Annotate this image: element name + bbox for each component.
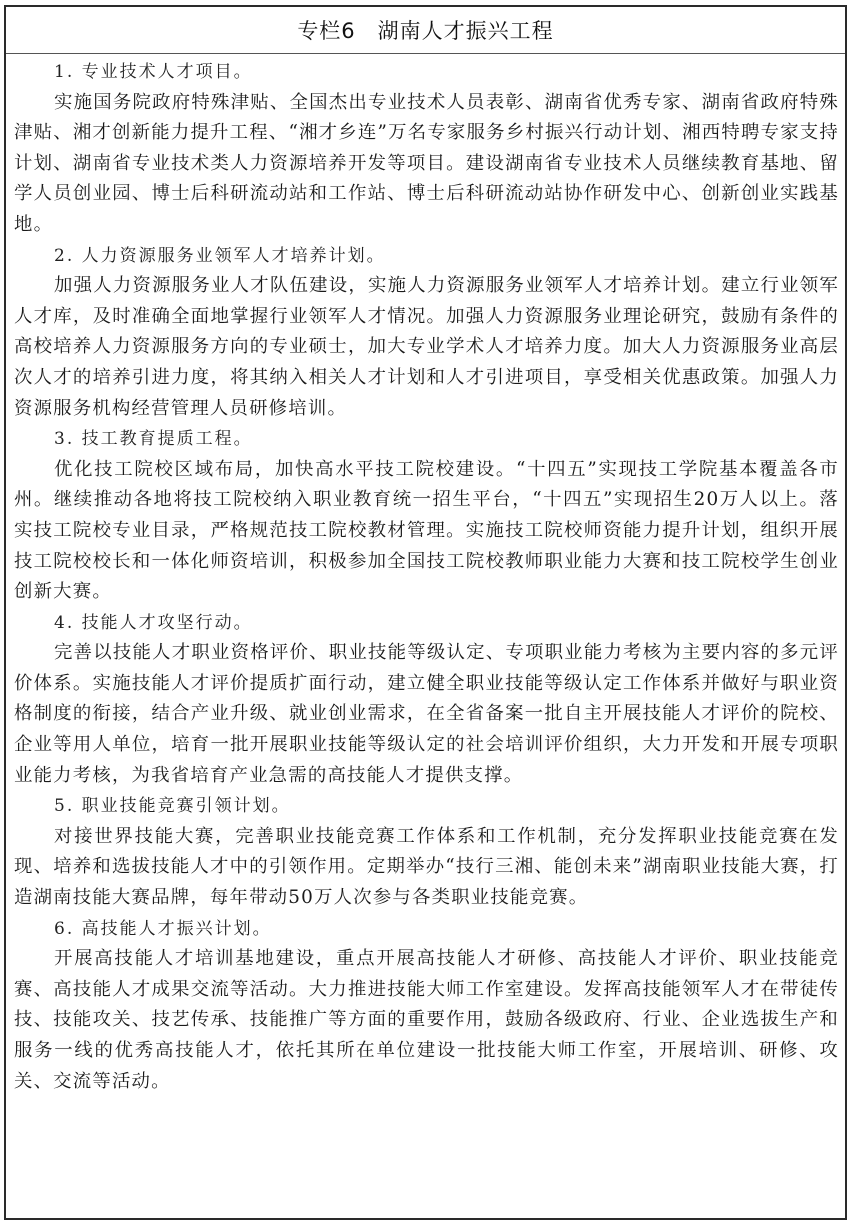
section-paragraph: 完善以技能人才职业资格评价、职业技能等级认定、专项职业能力考核为主要内容的多元评… xyxy=(14,638,839,791)
section-paragraph: 实施国务院政府特殊津贴、全国杰出专业技术人员表彰、湖南省优秀专家、湖南省政府特殊… xyxy=(14,88,839,241)
section-heading: 6. 高技能人才振兴计划。 xyxy=(14,914,839,945)
section-heading: 4. 技能人才攻坚行动。 xyxy=(14,608,839,639)
column-box: 专栏6 湖南人才振兴工程 1. 专业技术人才项目。 实施国务院政府特殊津贴、全国… xyxy=(4,5,847,1220)
section-paragraph: 对接世界技能大赛，完善职业技能竞赛工作体系和工作机制，充分发挥职业技能竞赛在发现… xyxy=(14,822,839,914)
section-technical-education: 3. 技工教育提质工程。 优化技工院校区域布局，加快高水平技工院校建设。“十四五… xyxy=(14,424,839,608)
section-heading: 2. 人力资源服务业领军人才培养计划。 xyxy=(14,241,839,272)
section-skills-competition: 5. 职业技能竞赛引领计划。 对接世界技能大赛，完善职业技能竞赛工作体系和工作机… xyxy=(14,791,839,913)
section-professional-talent: 1. 专业技术人才项目。 实施国务院政府特殊津贴、全国杰出专业技术人员表彰、湖南… xyxy=(14,57,839,241)
box-body: 1. 专业技术人才项目。 实施国务院政府特殊津贴、全国杰出专业技术人员表彰、湖南… xyxy=(6,54,845,1097)
section-skilled-talent-action: 4. 技能人才攻坚行动。 完善以技能人才职业资格评价、职业技能等级认定、专项职业… xyxy=(14,608,839,792)
box-title: 专栏6 湖南人才振兴工程 xyxy=(297,15,553,45)
section-paragraph: 开展高技能人才培训基地建设，重点开展高技能人才研修、高技能人才评价、职业技能竞赛… xyxy=(14,944,839,1097)
section-heading: 5. 职业技能竞赛引领计划。 xyxy=(14,791,839,822)
section-heading: 1. 专业技术人才项目。 xyxy=(14,57,839,88)
section-heading: 3. 技工教育提质工程。 xyxy=(14,424,839,455)
section-hr-service-leaders: 2. 人力资源服务业领军人才培养计划。 加强人力资源服务业人才队伍建设，实施人力… xyxy=(14,241,839,425)
section-paragraph: 加强人力资源服务业人才队伍建设，实施人力资源服务业领军人才培养计划。建立行业领军… xyxy=(14,271,839,424)
box-header: 专栏6 湖南人才振兴工程 xyxy=(6,7,845,54)
section-paragraph: 优化技工院校区域布局，加快高水平技工院校建设。“十四五”实现技工学院基本覆盖各市… xyxy=(14,455,839,608)
section-high-skill-talent: 6. 高技能人才振兴计划。 开展高技能人才培训基地建设，重点开展高技能人才研修、… xyxy=(14,914,839,1098)
